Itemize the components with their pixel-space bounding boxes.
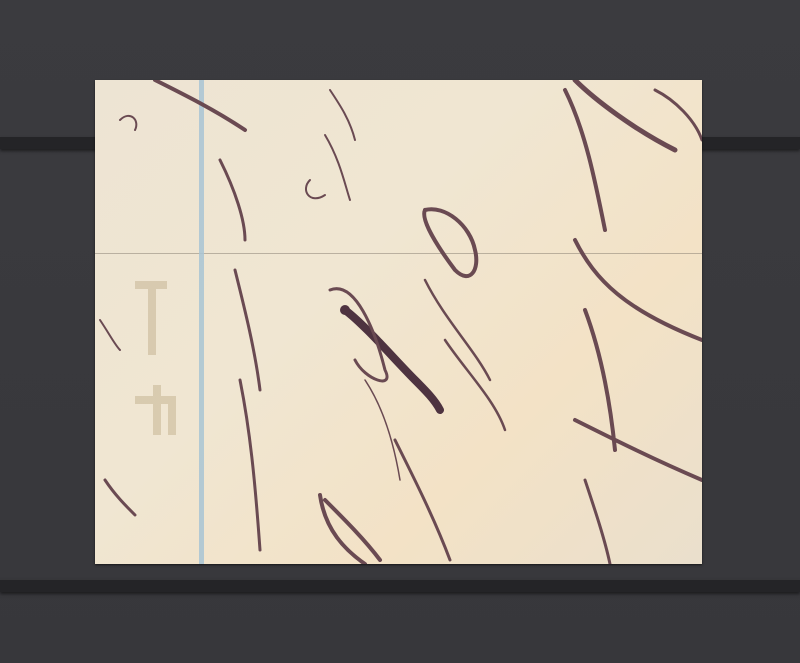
paper-fragment: [95, 80, 702, 564]
handwriting: [95, 80, 702, 564]
album-strip-bottom: [0, 580, 800, 592]
